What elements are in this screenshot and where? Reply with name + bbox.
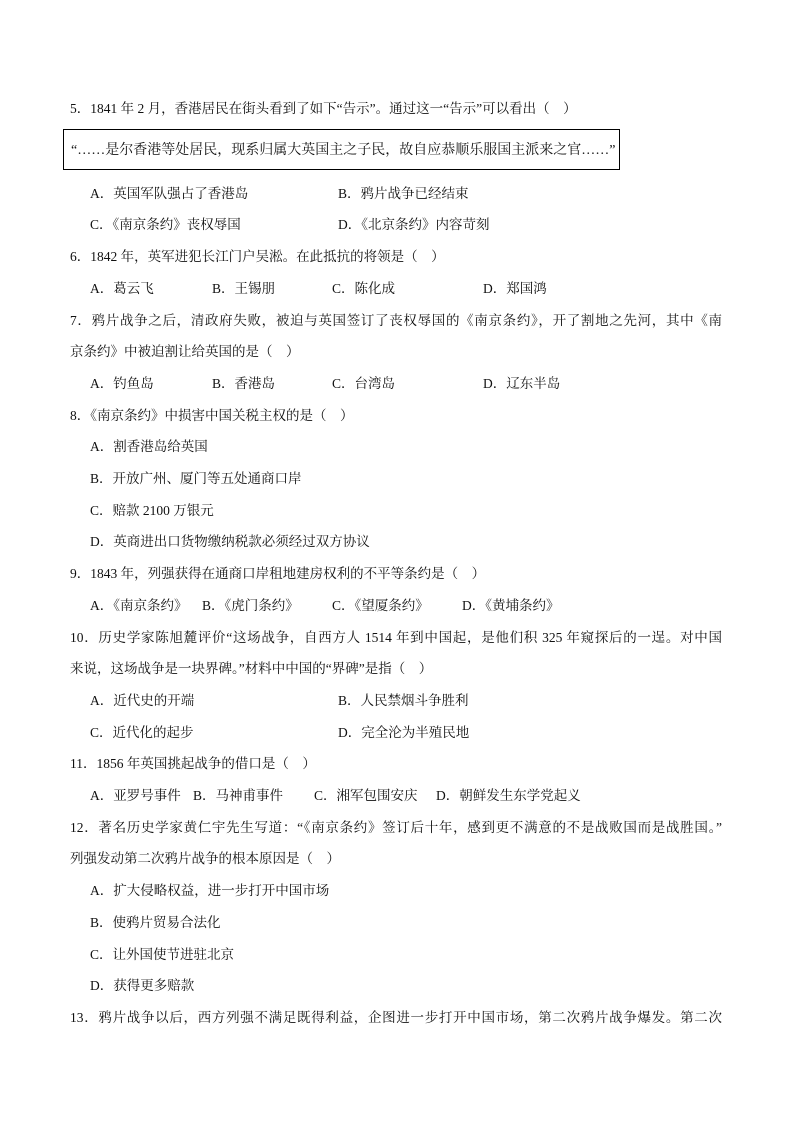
option-c: C．陈化成: [332, 273, 483, 305]
question-11: 11．1856 年英国挑起战争的借口是（ ） A．亚罗号事件 B．马神甫事件 C…: [70, 748, 722, 811]
option-d: D．英商进出口货物缴纳税款必须经过双方协议: [70, 526, 722, 558]
option-b: B．王锡朋: [212, 273, 332, 305]
question-5-options-row-2: C．《南京条约》丧权辱国 D．《北京条约》内容苛刻: [70, 209, 722, 241]
question-8-stem: 8．《南京条约》中损害中国关税主权的是（ ）: [70, 400, 722, 432]
option-c: C．让外国使节进驻北京: [70, 939, 722, 971]
notice-box: “……是尔香港等处居民，现系归属大英国主之子民，故自应恭顺乐服国主派来之官……”: [63, 129, 620, 170]
option-d: D．朝鲜发生东学党起义: [436, 780, 581, 812]
option-c: C．赔款 2100 万银元: [70, 495, 722, 527]
option-d: D．郑国鸿: [483, 273, 547, 305]
option-c: C．湘军包围安庆: [314, 780, 436, 812]
question-9-stem: 9．1843 年，列强获得在通商口岸租地建房权利的不平等条约是（ ）: [70, 558, 722, 590]
option-c: C．《南京条约》丧权辱国: [90, 209, 338, 241]
option-b: B．人民禁烟斗争胜利: [338, 685, 469, 717]
option-b: B．《虎门条约》: [202, 590, 332, 622]
option-a: A．英国军队强占了香港岛: [90, 178, 338, 210]
option-b: B．香港岛: [212, 368, 332, 400]
option-a: A．割香港岛给英国: [70, 431, 722, 463]
option-b: B．马神甫事件: [193, 780, 314, 812]
question-10-stem-line-1: 10．历史学家陈旭麓评价“这场战争，自西方人 1514 年到中国起，是他们积 3…: [70, 622, 722, 654]
option-a: A．钓鱼岛: [90, 368, 212, 400]
question-12-stem-line-1: 12．著名历史学家黄仁宇先生写道：“《南京条约》签订后十年，感到更不满意的不是战…: [70, 812, 722, 844]
question-6: 6．1842 年，英军进犯长江门户吴淞。在此抵抗的将领是（ ） A．葛云飞 B．…: [70, 241, 722, 304]
option-a: A．亚罗号事件: [90, 780, 193, 812]
notice-text: “……是尔香港等处居民，现系归属大英国主之子民，故自应恭顺乐服国主派来之官……”: [71, 139, 615, 159]
question-12: 12．著名历史学家黄仁宇先生写道：“《南京条约》签订后十年，感到更不满意的不是战…: [70, 812, 722, 1002]
option-d: D．《黄埔条约》: [462, 590, 560, 622]
option-d: D．辽东半岛: [483, 368, 560, 400]
option-c: C．台湾岛: [332, 368, 483, 400]
option-b: B．鸦片战争已经结束: [338, 178, 469, 210]
question-7-options-row: A．钓鱼岛 B．香港岛 C．台湾岛 D．辽东半岛: [70, 368, 722, 400]
question-5-stem: 5．1841 年 2 月，香港居民在街头看到了如下“告示”。通过这一“告示”可以…: [70, 93, 722, 125]
option-a: A．扩大侵略权益，进一步打开中国市场: [70, 875, 722, 907]
exam-paper-page: 5．1841 年 2 月，香港居民在街头看到了如下“告示”。通过这一“告示”可以…: [0, 0, 793, 1122]
question-5-options-row-1: A．英国军队强占了香港岛 B．鸦片战争已经结束: [70, 178, 722, 210]
question-5: 5．1841 年 2 月，香港居民在街头看到了如下“告示”。通过这一“告示”可以…: [70, 93, 722, 241]
question-6-options-row: A．葛云飞 B．王锡朋 C．陈化成 D．郑国鸿: [70, 273, 722, 305]
question-10: 10．历史学家陈旭麓评价“这场战争，自西方人 1514 年到中国起，是他们积 3…: [70, 622, 722, 749]
option-c: C．近代化的起步: [90, 717, 338, 749]
question-10-options-row-1: A．近代史的开端 B．人民禁烟斗争胜利: [70, 685, 722, 717]
question-11-stem: 11．1856 年英国挑起战争的借口是（ ）: [70, 748, 722, 780]
question-11-options-row: A．亚罗号事件 B．马神甫事件 C．湘军包围安庆 D．朝鲜发生东学党起义: [70, 780, 722, 812]
question-9: 9．1843 年，列强获得在通商口岸租地建房权利的不平等条约是（ ） A．《南京…: [70, 558, 722, 621]
option-a: A．近代史的开端: [90, 685, 338, 717]
option-d: D．完全沦为半殖民地: [338, 717, 469, 749]
option-c: C．《望厦条约》: [332, 590, 462, 622]
option-a: A．《南京条约》: [90, 590, 202, 622]
question-10-options-row-2: C．近代化的起步 D．完全沦为半殖民地: [70, 717, 722, 749]
question-13-stem-line-1: 13．鸦片战争以后，西方列强不满足既得利益，企图进一步打开中国市场，第二次鸦片战…: [70, 1002, 722, 1034]
question-9-options-row: A．《南京条约》 B．《虎门条约》 C．《望厦条约》 D．《黄埔条约》: [70, 590, 722, 622]
question-10-stem-line-2: 来说，这场战争是一块界碑。”材料中中国的“界碑”是指（ ）: [70, 653, 722, 685]
option-b: B．使鸦片贸易合法化: [70, 907, 722, 939]
question-7-stem-line-1: 7．鸦片战争之后，清政府失败，被迫与英国签订了丧权辱国的《南京条约》，开了割地之…: [70, 305, 722, 337]
question-7: 7．鸦片战争之后，清政府失败，被迫与英国签订了丧权辱国的《南京条约》，开了割地之…: [70, 305, 722, 400]
question-13: 13．鸦片战争以后，西方列强不满足既得利益，企图进一步打开中国市场，第二次鸦片战…: [70, 1002, 722, 1034]
option-d: D．获得更多赔款: [70, 970, 722, 1002]
option-d: D．《北京条约》内容苛刻: [338, 209, 490, 241]
option-b: B．开放广州、厦门等五处通商口岸: [70, 463, 722, 495]
question-8: 8．《南京条约》中损害中国关税主权的是（ ） A．割香港岛给英国 B．开放广州、…: [70, 400, 722, 559]
question-7-stem-line-2: 京条约》中被迫割让给英国的是（ ）: [70, 336, 722, 368]
page-content: 5．1841 年 2 月，香港居民在街头看到了如下“告示”。通过这一“告示”可以…: [0, 0, 793, 1034]
question-6-stem: 6．1842 年，英军进犯长江门户吴淞。在此抵抗的将领是（ ）: [70, 241, 722, 273]
option-a: A．葛云飞: [90, 273, 212, 305]
question-12-stem-line-2: 列强发动第二次鸦片战争的根本原因是（ ）: [70, 843, 722, 875]
